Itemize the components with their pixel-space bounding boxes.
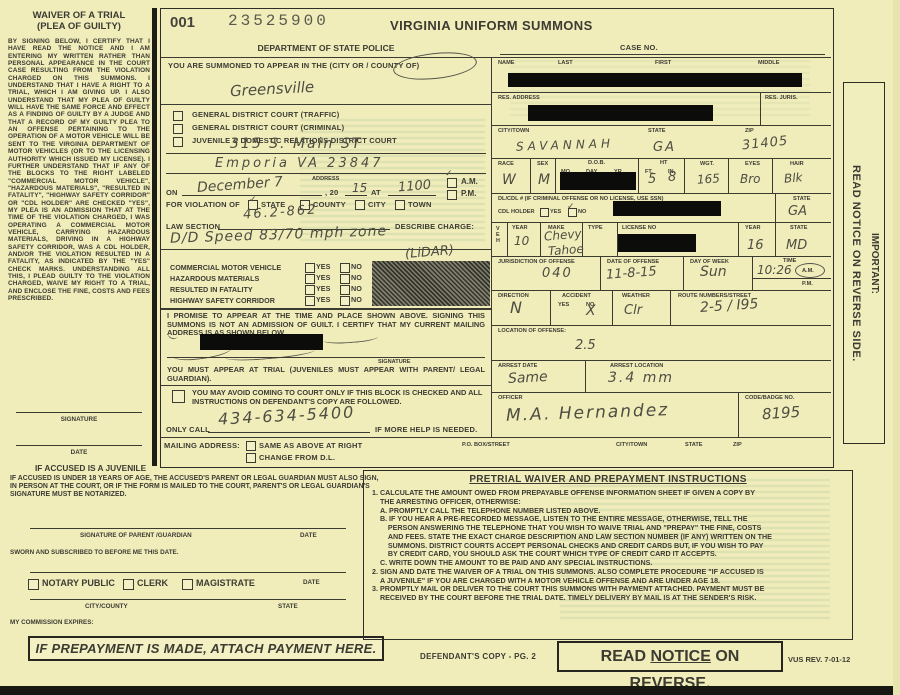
row-divider xyxy=(492,222,831,223)
parent-signature-label: SIGNATURE OF PARENT /GUARDIAN xyxy=(80,532,192,539)
waiver-title: WAIVER OF A TRIAL xyxy=(8,10,150,21)
notary-date-label: DATE xyxy=(303,579,320,586)
flag-cmv-yes-checkbox xyxy=(305,263,315,273)
read-notice-banner: READ NOTICE ON REVERSE. xyxy=(557,641,783,672)
res-address-label: RES. ADDRESS xyxy=(498,95,540,101)
cell-divider xyxy=(738,222,739,256)
prepayment-banner: IF PREPAYMENT IS MADE, ATTACH PAYMENT HE… xyxy=(28,636,384,661)
state2-label: STATE xyxy=(685,442,703,448)
instructions-body: 1. CALCULATE THE AMOUNT OWED FROM PREPAY… xyxy=(372,489,846,603)
zip-label: ZIP xyxy=(745,128,754,134)
read-notice-part1: READ xyxy=(601,648,651,665)
hatched-block xyxy=(372,261,490,306)
eyes-label: EYES xyxy=(745,161,760,167)
cell-divider xyxy=(684,158,685,193)
flag-fatality-label: RESULTED IN FATALITY xyxy=(170,284,281,295)
zip2-label: ZIP xyxy=(733,442,742,448)
flag-corridor-label: HIGHWAY SAFETY CORRIDOR xyxy=(170,295,281,306)
cell-divider xyxy=(585,360,586,392)
ht-label: HT xyxy=(660,160,667,166)
state-label-def: STATE xyxy=(648,128,666,134)
lic-year-label: YEAR xyxy=(745,225,761,231)
mailing-change-label: CHANGE FROM D.L. xyxy=(259,453,335,462)
time-pm-label: P.M. xyxy=(802,281,813,287)
sex-handwritten: M xyxy=(538,172,550,188)
cell-divider xyxy=(638,158,639,193)
row-divider xyxy=(492,325,831,326)
res-juris-label: RES. JURIS. xyxy=(765,95,798,101)
court-criminal-checkbox xyxy=(173,124,183,134)
lic-state-handwritten: MD xyxy=(786,238,807,253)
copy-label: DEFENDANT'S COPY - PG. 2 xyxy=(420,652,536,661)
mailing-same-checkbox xyxy=(246,441,256,451)
cdl-holder-label: CDL HOLDER xyxy=(498,209,535,215)
column-divider xyxy=(491,57,492,437)
time-cell-line xyxy=(752,278,831,279)
cell-divider xyxy=(738,392,739,437)
no-label: NO xyxy=(351,273,362,282)
license-no-label: LICENSE NO xyxy=(622,225,656,231)
cdl-yes-checkbox xyxy=(540,208,549,217)
race-label: RACE xyxy=(498,161,514,167)
redaction-address xyxy=(528,105,713,121)
flag-hazmat-label: HAZARDOUS MATERIALS xyxy=(170,273,281,284)
cdl-no-checkmark: ✓ xyxy=(567,202,575,212)
help-label: IF MORE HELP IS NEEDED. xyxy=(375,425,477,434)
no-label: NO xyxy=(351,284,362,293)
last-label: LAST xyxy=(558,60,573,66)
instructions-box: PRETRIAL WAIVER AND PREPAYMENT INSTRUCTI… xyxy=(363,470,853,640)
mailing-divider xyxy=(161,437,831,438)
mailing-label: MAILING ADDRESS: xyxy=(164,441,240,450)
flag-labels: COMMERCIAL MOTOR VEHICLE HAZARDOUS MATER… xyxy=(170,262,281,306)
on-label: ON xyxy=(166,188,178,197)
cell-divider xyxy=(728,158,729,193)
time-handwritten: 1100 xyxy=(397,178,431,196)
dl-state-handwritten: GA xyxy=(788,204,807,219)
scan-edge-right xyxy=(893,0,900,695)
flag-fatality-yes-checkbox xyxy=(305,285,315,295)
mailing-same-label: SAME AS ABOVE AT RIGHT xyxy=(259,441,362,450)
hair-handwritten: Blk xyxy=(783,170,803,186)
waiver-subtitle: (PLEA OF GUILTY) xyxy=(8,21,150,32)
am-checkmark: ✓ xyxy=(445,169,453,179)
side-banner-read-notice: READ NOTICE ON REVERSE SIDE. xyxy=(846,83,865,443)
yes-label: YES xyxy=(316,295,330,304)
accident-no-handwritten: X xyxy=(586,303,596,319)
yes-label: YES xyxy=(316,262,330,271)
location-label: LOCATION OF OFFENSE: xyxy=(498,328,566,334)
cell-divider xyxy=(612,290,613,325)
violation-city-checkbox xyxy=(355,200,365,210)
describe-charge-label: DESCRIBE CHARGE: xyxy=(395,222,474,231)
phone-blank xyxy=(208,432,370,433)
flag-cmv-no-checkbox xyxy=(340,263,350,273)
race-handwritten: W xyxy=(502,172,516,188)
flag-corridor-yes-checkbox xyxy=(305,296,315,306)
violation-town-checkbox xyxy=(395,200,405,210)
lic-state-label: STATE xyxy=(790,225,808,231)
parent-date-label: DATE xyxy=(300,532,317,539)
cell-divider xyxy=(772,158,773,193)
first-label: FIRST xyxy=(655,60,671,66)
cell-divider xyxy=(600,256,601,290)
row-divider xyxy=(492,392,831,393)
address-line-1 xyxy=(166,153,486,154)
year-label: , 20 xyxy=(325,188,338,197)
cell-divider xyxy=(683,256,684,290)
cell-divider xyxy=(530,158,531,193)
row-divider xyxy=(492,158,831,159)
form-title: VIRGINIA UNIFORM SUMMONS xyxy=(390,18,593,33)
redaction-signature xyxy=(200,334,323,350)
flag-fatality-no-checkbox xyxy=(340,285,350,295)
year-blank xyxy=(345,195,367,196)
signature-label: SIGNATURE xyxy=(16,416,142,423)
year-handwritten: 15 xyxy=(352,181,367,195)
lic-year-handwritten: 16 xyxy=(747,238,764,253)
dl-state-label: STATE xyxy=(793,196,811,202)
row-divider xyxy=(492,360,831,361)
cell-divider xyxy=(775,222,776,256)
cdl-no-label: NO xyxy=(578,209,586,215)
scan-edge xyxy=(0,686,900,695)
magistrate-label: MAGISTRATE xyxy=(196,578,255,588)
court-address-handwritten-1: 315 S. Main ST xyxy=(230,136,362,152)
cell-divider xyxy=(752,256,753,290)
court-address-handwritten-2: Emporia VA 23847 xyxy=(215,156,384,171)
redaction-dob xyxy=(560,172,636,190)
accident-yes-label: YES xyxy=(558,302,569,308)
veh-label: VEH xyxy=(496,226,500,244)
cell-divider xyxy=(670,290,671,325)
row-divider xyxy=(492,92,831,93)
city-town2-label: CITY/TOWN xyxy=(616,442,647,448)
redaction-dl-number xyxy=(613,201,721,216)
case-no-label: CASE NO. xyxy=(620,43,658,52)
divider xyxy=(161,308,491,310)
read-notice-part2: NOTICE xyxy=(650,648,710,665)
city-town-label: CITY/TOWN xyxy=(498,128,529,134)
location-handwritten: 2.5 xyxy=(575,338,596,353)
date-label: DATE xyxy=(16,449,142,456)
pm-label: P.M. xyxy=(461,189,476,198)
scanned-summons-form: WAIVER OF A TRIAL (PLEA OF GUILTY) BY SI… xyxy=(0,0,900,695)
cell-divider xyxy=(555,158,556,193)
row-divider xyxy=(492,256,831,257)
signature-line xyxy=(16,412,142,413)
officer-label: OFFICER xyxy=(498,395,523,401)
time-handwritten-offense: 10:26 xyxy=(757,263,792,277)
cell-divider xyxy=(550,290,551,325)
appear-label: YOU ARE SUMMONED TO APPEAR IN THE (CITY … xyxy=(168,61,419,70)
instructions-title: PRETRIAL WAIVER AND PREPAYMENT INSTRUCTI… xyxy=(364,474,852,485)
flag-corridor-no-checkbox xyxy=(340,296,350,306)
row-divider xyxy=(492,125,831,126)
form-number: 001 xyxy=(170,14,195,31)
violation-county-label: COUNTY xyxy=(313,200,346,209)
type-label: TYPE xyxy=(588,225,603,231)
violation-city-label: CITY xyxy=(368,200,386,209)
date-line xyxy=(16,445,142,446)
violation-label: FOR VIOLATION OF xyxy=(166,200,240,209)
cdl-yes-label: YES xyxy=(550,209,561,215)
juvenile-heading: IF ACCUSED IS A JUVENILE xyxy=(35,463,146,473)
veh-year-handwritten: 10 xyxy=(514,234,529,248)
avoid-court-checkbox xyxy=(172,390,185,403)
yes-label: YES xyxy=(316,284,330,293)
notary-public-checkbox xyxy=(28,579,39,590)
arrest-date-handwritten: Same xyxy=(508,369,549,387)
cell-divider xyxy=(540,222,541,256)
court-traffic-checkbox xyxy=(173,111,183,121)
mailing-change-checkbox xyxy=(246,453,256,463)
flag-hazmat-yes-checkbox xyxy=(305,274,315,284)
juvenile-body: IF ACCUSED IS UNDER 18 YEARS OF AGE, THE… xyxy=(10,475,380,499)
am-circle-annotation xyxy=(795,263,825,278)
at-label: AT xyxy=(371,188,381,197)
signature-line-summons xyxy=(167,357,485,358)
notary-line xyxy=(30,572,346,573)
weather-handwritten: Clr xyxy=(624,303,642,318)
arrest-location-handwritten: 3.4 mm xyxy=(608,370,674,386)
parent-signature-line xyxy=(30,528,346,529)
pm-checkbox xyxy=(447,190,457,200)
badge-handwritten: 8195 xyxy=(761,403,800,424)
accident-label: ACCIDENT xyxy=(562,293,591,299)
clerk-checkbox xyxy=(123,579,134,590)
direction-handwritten: N xyxy=(510,298,522,317)
must-appear-text: YOU MUST APPEAR AT TRIAL (JUVENILES MUST… xyxy=(167,366,485,383)
notary-public-label: NOTARY PUBLIC xyxy=(42,578,115,588)
ht-in-handwritten: 8 xyxy=(668,170,676,185)
row-divider xyxy=(492,290,831,291)
ht-ft-handwritten: 5 xyxy=(648,172,656,187)
address-label: ADDRESS xyxy=(312,176,339,182)
cell-divider xyxy=(760,92,761,125)
am-checkbox xyxy=(447,178,457,188)
name-label: NAME xyxy=(498,60,514,66)
court-traffic-label: GENERAL DISTRICT COURT (TRAFFIC) xyxy=(192,110,340,119)
only-call-label: ONLY CALL xyxy=(166,425,210,434)
clerk-label: CLERK xyxy=(137,578,168,588)
redaction-name xyxy=(508,73,802,87)
case-no-line xyxy=(500,54,825,55)
veh-year-label: YEAR xyxy=(512,225,528,231)
revision-label: VUS REV. 7-01-12 xyxy=(788,655,850,664)
state-handwritten: GA xyxy=(653,140,676,155)
no-label: NO xyxy=(351,262,362,271)
commission-label: MY COMMISSION EXPIRES: xyxy=(10,619,94,626)
badge-label: CODE/BADGE NO. xyxy=(745,395,794,401)
row-divider xyxy=(492,193,831,194)
side-banner: IMPORTANT:READ NOTICE ON REVERSE SIDE. xyxy=(843,82,885,444)
city-county-label: CITY/COUNTY xyxy=(85,603,128,610)
violation-town-label: TOWN xyxy=(408,200,432,209)
wgt-handwritten: 165 xyxy=(697,171,721,187)
summons-number: 23525900 xyxy=(228,12,329,30)
redaction-plate xyxy=(618,234,696,252)
court-juvenile-checkbox xyxy=(173,137,183,147)
divider xyxy=(161,104,491,105)
waiver-panel: WAIVER OF A TRIAL (PLEA OF GUILTY) BY SI… xyxy=(8,10,150,302)
divider xyxy=(161,385,491,386)
no-label: NO xyxy=(351,295,362,304)
jurisdiction-label: JURISDICTION OF OFFENSE xyxy=(498,259,575,265)
flag-hazmat-no-checkbox xyxy=(340,274,350,284)
am-label: A.M. xyxy=(461,177,478,186)
jurisdiction-handwritten: 040 xyxy=(542,266,573,281)
flag-cmv-label: COMMERCIAL MOTOR VEHICLE xyxy=(170,262,281,273)
side-banner-important: IMPORTANT: xyxy=(865,83,884,443)
cell-divider xyxy=(507,222,508,256)
sworn-text: SWORN AND SUBSCRIBED TO BEFORE ME THIS D… xyxy=(10,549,179,556)
city-county-line xyxy=(30,599,346,600)
state-label: STATE xyxy=(278,603,298,610)
weather-label: WEATHER xyxy=(622,293,650,299)
time-blank xyxy=(388,195,436,196)
day-of-week-handwritten: Sun xyxy=(700,264,727,280)
address-line-2 xyxy=(166,173,486,174)
magistrate-checkbox xyxy=(182,579,193,590)
hair-label: HAIR xyxy=(790,161,804,167)
arrest-date-label: ARREST DATE xyxy=(498,363,537,369)
court-criminal-label: GENERAL DISTRICT COURT (CRIMINAL) xyxy=(192,123,344,132)
middle-label: MIDDLE xyxy=(758,60,779,66)
header-divider xyxy=(161,57,831,58)
yes-label: YES xyxy=(316,273,330,282)
cell-divider xyxy=(775,193,776,222)
po-box-label: P.O. BOX/STREET xyxy=(462,442,510,448)
violation-state-checkmark: ✓ xyxy=(249,195,257,205)
sex-label: SEX xyxy=(537,161,548,167)
dob-label: D.O.B. xyxy=(588,160,605,166)
eyes-handwritten: Bro xyxy=(740,172,761,186)
arrest-location-label: ARREST LOCATION xyxy=(610,363,663,369)
wgt-label: WGT. xyxy=(700,161,714,167)
panel-divider xyxy=(152,8,157,466)
waiver-body-text: BY SIGNING BELOW, I CERTIFY THAT I HAVE … xyxy=(8,38,150,302)
